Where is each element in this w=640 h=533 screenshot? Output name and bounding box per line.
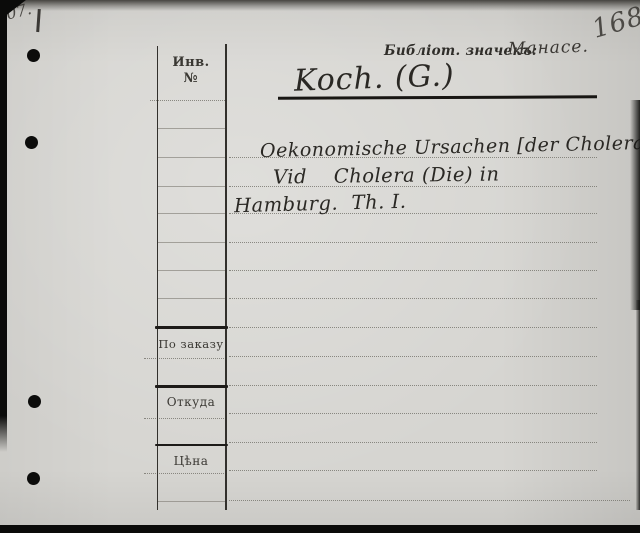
order-label: По заказу (157, 337, 225, 351)
library-stamp-value: Манасе. (508, 37, 590, 60)
ruled-line (158, 157, 225, 158)
ruled-line (158, 298, 225, 299)
title-line: Hamburg. Th. I. (234, 190, 407, 218)
hole-punch (28, 395, 41, 408)
ruled-line (229, 242, 597, 243)
ruled-line (229, 470, 597, 471)
ruled-line (229, 356, 597, 357)
hole-punch (27, 472, 40, 485)
column-right-rule (225, 44, 227, 510)
ruled-line (150, 100, 227, 101)
pencil-tick-mark (36, 9, 40, 32)
author-heading: Koch. (G.) (293, 58, 455, 99)
section-divider-rule (155, 444, 228, 447)
scan-left-edge (0, 0, 7, 452)
section-divider-rule (155, 326, 228, 329)
ruled-line (158, 270, 225, 271)
hole-punch (25, 136, 38, 149)
inventory-header-line2: № (157, 71, 225, 87)
scan-right-edge-upper (630, 100, 640, 310)
hole-punch (27, 49, 40, 62)
column-left-rule (157, 46, 159, 510)
ruled-line (158, 213, 225, 214)
origin-label: Откуда (157, 395, 225, 409)
ruled-line (158, 128, 225, 129)
scan-right-edge-lower (636, 300, 640, 510)
title-line: Vid Cholera (Die) in (273, 162, 500, 188)
ruled-line (158, 501, 225, 502)
scan-bottom-edge (0, 525, 640, 533)
catalog-card-scan: 007. 168 Инв. № По заказу Откуда Цѣна Би… (0, 0, 640, 533)
ruled-line (229, 413, 597, 414)
inventory-number-header: Инв. № (157, 55, 225, 88)
ruled-line (229, 270, 597, 271)
section-divider-rule (155, 385, 228, 388)
inventory-header-line1: Инв. (157, 55, 225, 71)
ruled-line (158, 242, 225, 243)
ruled-line (229, 327, 597, 328)
scan-top-edge (0, 0, 640, 11)
ruled-line (158, 186, 225, 187)
price-label: Цѣна (157, 454, 225, 468)
ruled-line (229, 385, 597, 386)
ruled-line (229, 442, 597, 443)
ruled-line (229, 500, 630, 501)
ruled-line (229, 298, 597, 299)
